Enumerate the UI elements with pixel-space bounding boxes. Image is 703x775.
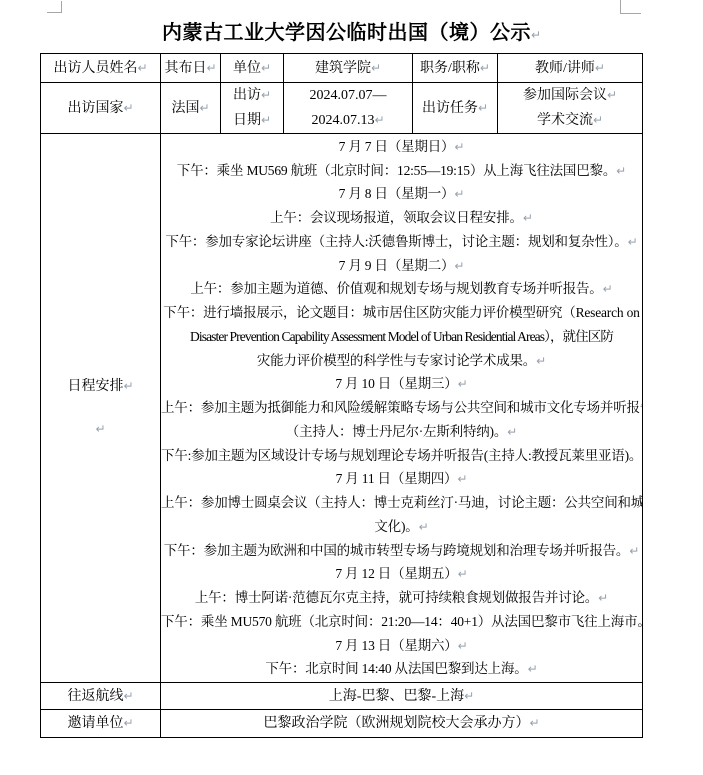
paragraph-mark-icon: ↵ — [603, 282, 613, 296]
route-value-cell: 上海-巴黎、巴黎-上海↵ — [161, 683, 643, 710]
paragraph-mark-icon: ↵ — [371, 61, 381, 75]
schedule-line: 上午：会议现场报道，领取会议日程安排。↵ — [161, 206, 642, 230]
schedule-line: （主持人：博士丹尼尔·左斯利特纳)。↵ — [161, 420, 642, 444]
position-value-cell: 教师/讲师↵ — [498, 54, 643, 83]
schedule-line: Disaster Prevention Capability Assessmen… — [161, 325, 642, 349]
schedule-line: 上午：参加主题为道德、价值观和规划专场与规划教育专场并听报告。↵ — [161, 277, 642, 301]
schedule-line: 上午：参加主题为抵御能力和风险缓解策略专场与公共空间和城市文化专场并听报告↵ — [161, 396, 642, 420]
table-row-schedule: 日程安排↵ ↵ 7 月 7 日（星期日）↵ 下午：乘坐 MU569 航班（北京时… — [41, 134, 643, 683]
schedule-line: 文化)。↵ — [161, 515, 642, 539]
schedule-line: 上午：参加博士圆桌会议（主持人：博士克莉丝汀·马迪，讨论主题：公共空间和城市↵ — [161, 491, 642, 515]
notice-table: 出访人员姓名↵ 其布日↵ 单位↵ 建筑学院↵ 职务/职称↵ 教师/讲师↵ 出访国… — [40, 53, 643, 738]
paragraph-mark-icon: ↵ — [616, 164, 626, 178]
paragraph-mark-icon: ↵ — [95, 422, 105, 436]
table-row-route: 往返航线↵ 上海-巴黎、巴黎-上海↵ — [41, 683, 643, 710]
schedule-line: 7 月 13 日（星期六）↵ — [161, 634, 642, 658]
schedule-line: 下午：参加专家论坛讲座（主持人:沃德鲁斯博士，讨论主题：规划和复杂性）。↵ — [161, 230, 642, 254]
paragraph-mark-icon: ↵ — [628, 235, 638, 249]
paragraph-mark-icon: ↵ — [629, 544, 639, 558]
paragraph-mark-icon: ↵ — [478, 101, 488, 115]
paragraph-mark-icon: ↵ — [595, 61, 605, 75]
schedule-content-cell: 7 月 7 日（星期日）↵ 下午：乘坐 MU569 航班（北京时间：12:55—… — [161, 134, 643, 683]
page-title-text: 内蒙古工业大学因公临时出国（境）公示 — [162, 22, 531, 44]
paragraph-mark-icon: ↵ — [458, 567, 468, 581]
schedule-line: 7 月 11 日（星期四）↵ — [161, 467, 642, 491]
schedule-label-cell: 日程安排↵ ↵ — [41, 134, 161, 683]
country-label-cell: 出访国家↵ — [41, 83, 161, 134]
schedule-line: 上午：博士阿诺·范德瓦尔克主持，就可持续粮食规划做报告并讨论。↵ — [161, 586, 642, 610]
country-value-cell: 法国↵ — [161, 83, 221, 134]
schedule-line: 下午：进行墙报展示，论文题目：城市居住区防灾能力评价模型研究（Research … — [161, 301, 642, 325]
paragraph-mark-icon: ↵ — [123, 379, 133, 393]
schedule-line: 7 月 7 日（星期日）↵ — [161, 135, 642, 159]
paragraph-mark-icon: ↵ — [454, 140, 464, 154]
paragraph-mark-icon: ↵ — [137, 61, 147, 75]
paragraph-mark-icon: ↵ — [458, 639, 468, 653]
schedule-line: 7 月 12 日（星期五）↵ — [161, 562, 642, 586]
crop-mark-top-left-icon — [47, 1, 62, 13]
paragraph-mark-icon: ↵ — [123, 689, 133, 703]
schedule-line: 下午：北京时间 14:40 从法国巴黎到达上海。↵ — [161, 657, 642, 681]
paragraph-mark-icon: ↵ — [464, 689, 474, 703]
paragraph-mark-icon: ↵ — [598, 591, 608, 605]
paragraph-mark-icon: ↵ — [528, 662, 538, 676]
inviter-value-cell: 巴黎政治学院（欧洲规划院校大会承办方）↵ — [161, 710, 643, 738]
route-label-cell: 往返航线↵ — [41, 683, 161, 710]
paragraph-mark-icon: ↵ — [261, 113, 271, 127]
unit-value-cell: 建筑学院↵ — [284, 54, 413, 83]
unit-label-cell: 单位↵ — [221, 54, 284, 83]
visitor-name-label-cell: 出访人员姓名↵ — [41, 54, 161, 83]
paragraph-mark-icon: ↵ — [123, 101, 133, 115]
table-row-header: 出访人员姓名↵ 其布日↵ 单位↵ 建筑学院↵ 职务/职称↵ 教师/讲师↵ — [41, 54, 643, 83]
inviter-label-cell: 邀请单位↵ — [41, 710, 161, 738]
paragraph-mark-icon: ↵ — [123, 716, 133, 730]
schedule-line: 7 月 10 日（星期三）↵ — [161, 372, 642, 396]
paragraph-mark-icon: ↵ — [454, 259, 464, 273]
paragraph-mark-icon: ↵ — [536, 354, 546, 368]
visitor-name-value-cell: 其布日↵ — [161, 54, 221, 83]
paragraph-mark-icon: ↵ — [523, 211, 533, 225]
schedule-line: 下午：乘坐 MU570 航班（北京时间：21:20—14：40+1）从法国巴黎市… — [161, 610, 642, 634]
paragraph-mark-icon: ↵ — [261, 88, 271, 102]
paragraph-mark-icon: ↵ — [458, 377, 468, 391]
table-row-inviter: 邀请单位↵ 巴黎政治学院（欧洲规划院校大会承办方）↵ — [41, 710, 643, 738]
task-value-cell: 参加国际会议↵ 学术交流↵ — [498, 83, 643, 134]
paragraph-mark-icon: ↵ — [457, 472, 467, 486]
schedule-line: 下午:参加主题为区域设计专场与规划理论专场并听报告(主持人:教授瓦莱里亚语)。↵ — [161, 444, 642, 468]
date-label-cell: 出访↵ 日期↵ — [221, 83, 284, 134]
crop-mark-top-right-icon — [620, 0, 641, 14]
schedule-line: 灾能力评价模型的科学性与专家讨论学术成果。↵ — [161, 349, 642, 373]
paragraph-mark-icon: ↵ — [261, 61, 271, 75]
page-title: 内蒙古工业大学因公临时出国（境）公示↵ — [0, 16, 703, 45]
paragraph-mark-icon: ↵ — [374, 113, 384, 127]
paragraph-mark-icon: ↵ — [507, 425, 517, 439]
date-value-cell: 2024.07.07— 2024.07.13↵ — [284, 83, 413, 134]
paragraph-mark-icon: ↵ — [531, 28, 541, 42]
paragraph-mark-icon: ↵ — [206, 61, 216, 75]
paragraph-mark-icon: ↵ — [593, 113, 603, 127]
table-row-country-date: 出访国家↵ 法国↵ 出访↵ 日期↵ 2024.07.07— 2024.07.13… — [41, 83, 643, 134]
paragraph-mark-icon: ↵ — [419, 520, 429, 534]
paragraph-mark-icon: ↵ — [454, 187, 464, 201]
paragraph-mark-icon: ↵ — [529, 716, 539, 730]
document-page: 内蒙古工业大学因公临时出国（境）公示↵ 出访人员姓名↵ 其布日↵ 单位↵ 建筑学… — [0, 0, 703, 775]
schedule-line: 7 月 9 日（星期二）↵ — [161, 254, 642, 278]
paragraph-mark-icon: ↵ — [607, 88, 617, 102]
schedule-line: 7 月 8 日（星期一）↵ — [161, 182, 642, 206]
position-label-cell: 职务/职称↵ — [413, 54, 498, 83]
paragraph-mark-icon: ↵ — [480, 61, 490, 75]
task-label-cell: 出访任务↵ — [413, 83, 498, 134]
schedule-line: 下午：乘坐 MU569 航班（北京时间：12:55—19:15）从上海飞往法国巴… — [161, 159, 642, 183]
paragraph-mark-icon: ↵ — [199, 101, 209, 115]
schedule-line: 下午：参加主题为欧洲和中国的城市转型专场与跨境规划和治理专场并听报告。↵ — [161, 539, 642, 563]
